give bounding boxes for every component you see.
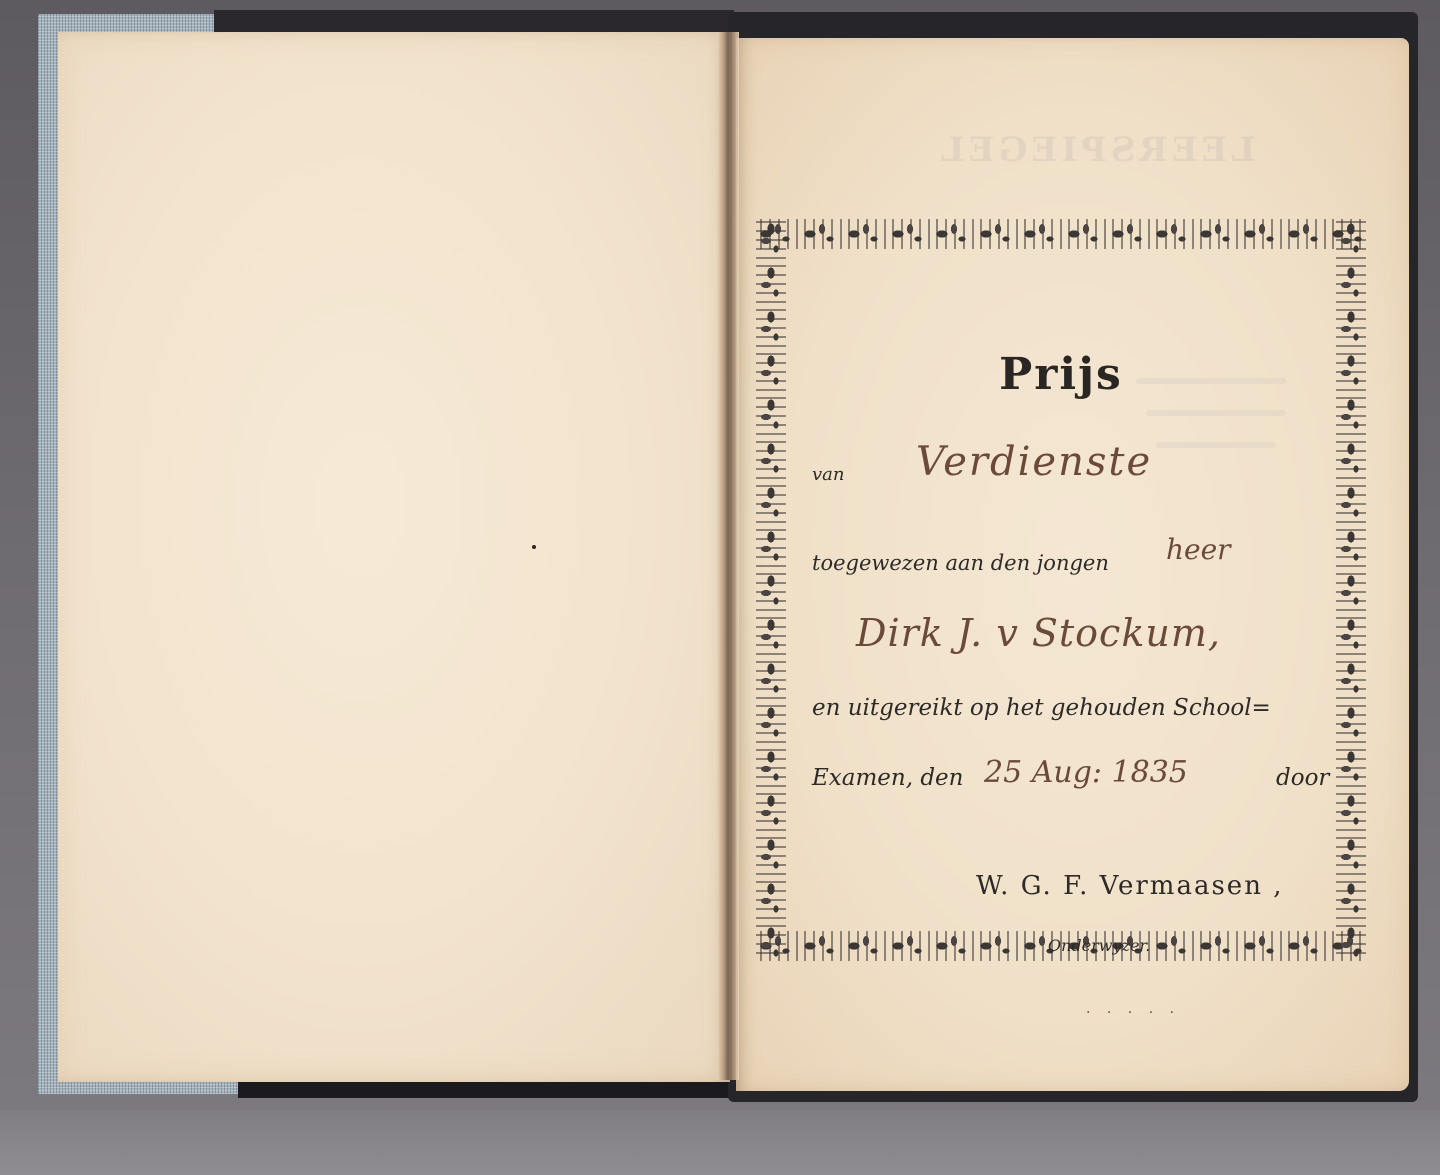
ornamental-frame: Prijs van Verdienste toegewezen aan den … <box>756 219 1366 961</box>
bookplate-content: Prijs van Verdienste toegewezen aan den … <box>786 249 1336 931</box>
printed-exam: Examen, den <box>812 765 963 791</box>
handwritten-recipient: Dirk J. v Stockum, <box>856 611 1221 655</box>
ink-dots: . . . . . <box>1086 1001 1180 1017</box>
bookplate-heading: Prijs <box>786 349 1336 400</box>
paper-spot <box>532 545 536 549</box>
handwritten-date: 25 Aug: 1835 <box>984 755 1188 790</box>
printed-van: van <box>812 464 845 485</box>
book-gutter <box>717 32 739 1080</box>
left-endpaper <box>58 32 730 1082</box>
backdrop <box>0 1110 1440 1175</box>
printed-assigned: toegewezen aan den jongen <box>812 551 1109 575</box>
bleed-through-title: LEERSPIEGEL <box>856 130 1336 170</box>
teacher-title: Onderwyzer. <box>1048 936 1150 955</box>
frame-border-right <box>1336 219 1366 961</box>
cover-edge-top <box>214 10 734 32</box>
frame-border-left <box>756 219 786 961</box>
right-page: LEERSPIEGEL Prijs van Verdienste toegewe… <box>736 38 1409 1091</box>
printed-door: door <box>1276 765 1329 791</box>
handwritten-award: Verdienste <box>916 439 1152 485</box>
teacher-name: W. G. F. Vermaasen , <box>976 871 1283 901</box>
printed-issued: en uitgereikt op het gehouden School= <box>812 695 1271 721</box>
handwritten-heer: heer <box>1166 533 1231 566</box>
frame-border-top <box>756 219 1366 249</box>
